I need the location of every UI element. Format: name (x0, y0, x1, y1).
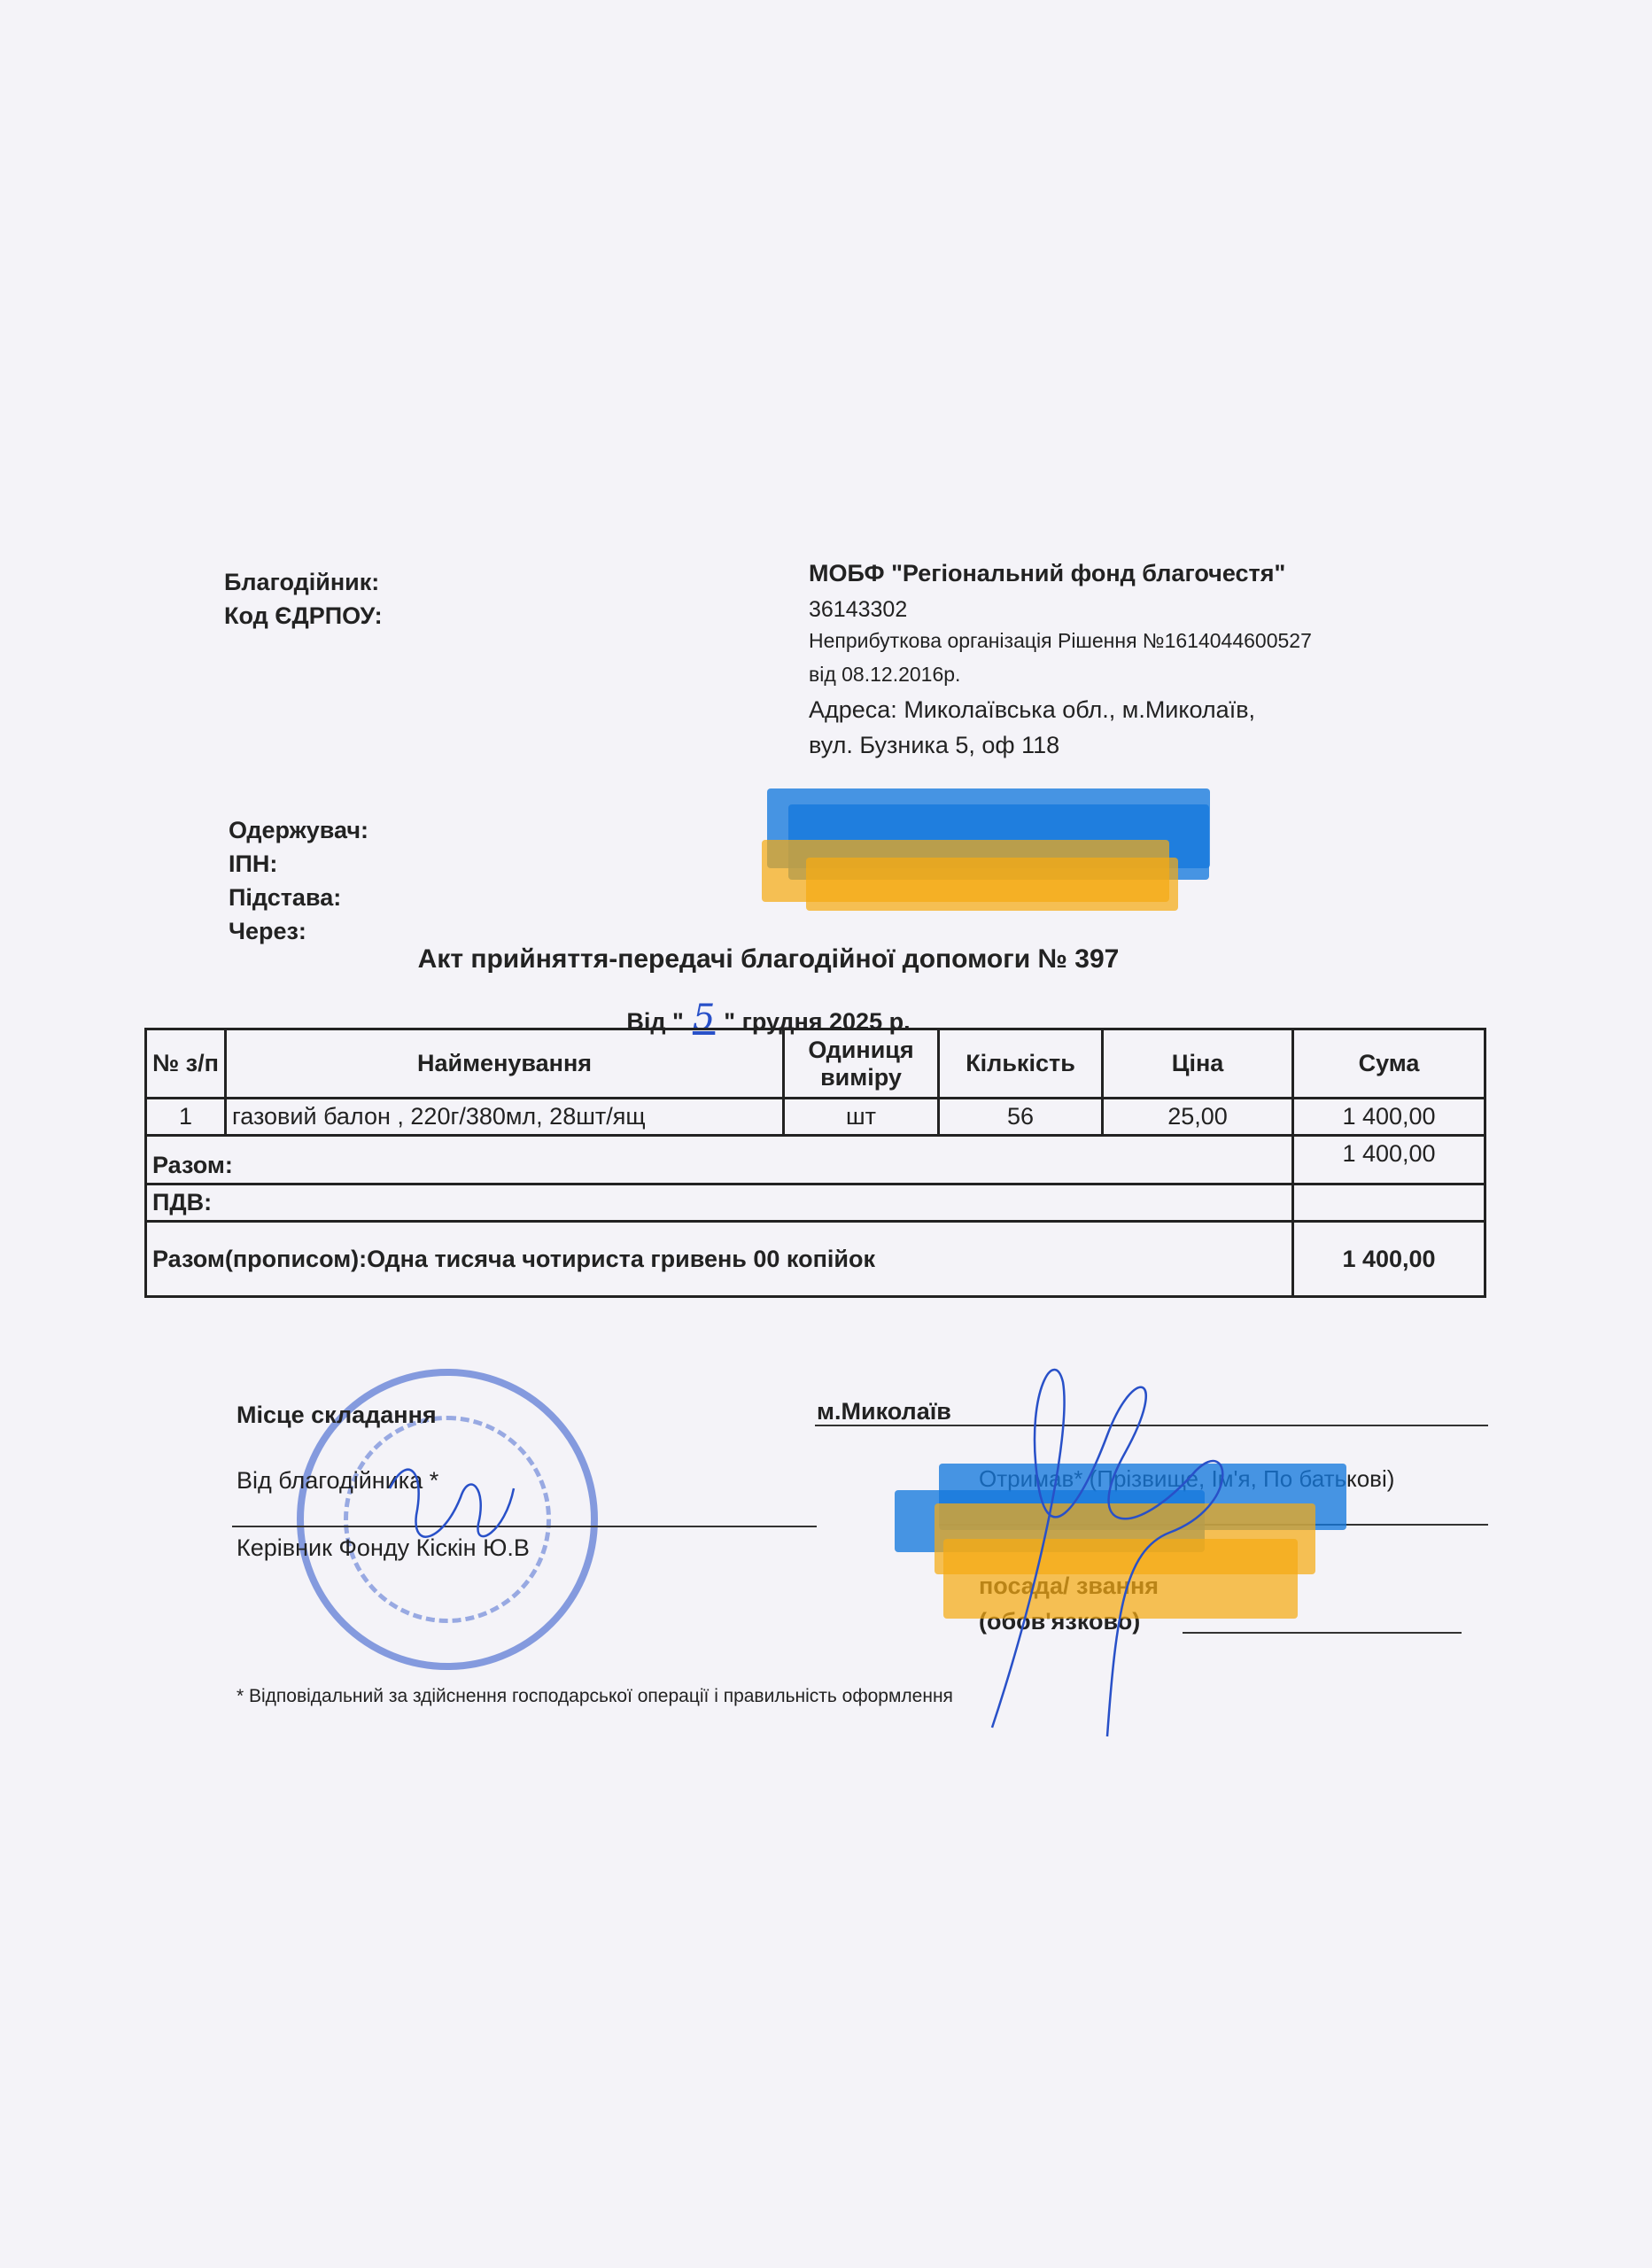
cell-sum: 1 400,00 (1293, 1099, 1485, 1136)
ipn-label: ІПН: (229, 850, 277, 878)
donor-address-line1: Адреса: Миколаївська обл., м.Миколаїв, (809, 696, 1255, 724)
total-value: 1 400,00 (1293, 1136, 1485, 1184)
header-qty: Кількість (939, 1029, 1103, 1099)
header-no: № з/п (146, 1029, 226, 1099)
header-unit: Одиниця виміру (784, 1029, 939, 1099)
edrpou-label: Код ЄДРПОУ: (224, 602, 383, 630)
header-sum: Сума (1293, 1029, 1485, 1099)
basis-label: Підстава: (229, 884, 341, 912)
words-value: 1 400,00 (1293, 1222, 1485, 1297)
donor-name: МОБФ "Регіональний фонд благочестя" (809, 560, 1285, 587)
donor-signature (372, 1435, 531, 1577)
cell-qty: 56 (939, 1099, 1103, 1136)
table-row: 1 газовий балон , 220г/380мл, 28шт/ящ шт… (146, 1099, 1485, 1136)
total-row: Разом: 1 400,00 (146, 1136, 1485, 1184)
words-row: Разом(прописом):Одна тисяча чотириста гр… (146, 1222, 1485, 1297)
recipient-redaction (762, 787, 1245, 911)
cell-name: газовий балон , 220г/380мл, 28шт/ящ (226, 1099, 784, 1136)
cell-no: 1 (146, 1099, 226, 1136)
donor-address-line2: вул. Бузника 5, оф 118 (809, 732, 1059, 759)
words-label: Разом(прописом):Одна тисяча чотириста гр… (146, 1222, 1293, 1297)
donor-status-line2: від 08.12.2016р. (809, 663, 960, 687)
act-title: Акт прийняття-передачі благодійної допом… (0, 944, 1652, 975)
total-label: Разом: (146, 1136, 1293, 1184)
cell-unit: шт (784, 1099, 939, 1136)
vat-value (1293, 1184, 1485, 1222)
donor-code: 36143302 (809, 597, 907, 623)
header-name: Найменування (226, 1029, 784, 1099)
footnote: * Відповідальний за здійснення господарс… (237, 1686, 953, 1707)
items-table: № з/п Найменування Одиниця виміру Кількі… (144, 1028, 1486, 1298)
donor-label: Благодійник: (224, 569, 379, 596)
place-label: Місце складання (237, 1402, 437, 1429)
vat-label: ПДВ: (146, 1184, 1293, 1222)
donor-status-line1: Неприбуткова організація Рішення №161404… (809, 629, 1312, 653)
recipient-label: Одержувач: (229, 817, 368, 844)
cell-price: 25,00 (1103, 1099, 1293, 1136)
via-label: Через: (229, 918, 306, 945)
recipient-signature (904, 1329, 1258, 1745)
vat-row: ПДВ: (146, 1184, 1485, 1222)
header-price: Ціна (1103, 1029, 1293, 1099)
